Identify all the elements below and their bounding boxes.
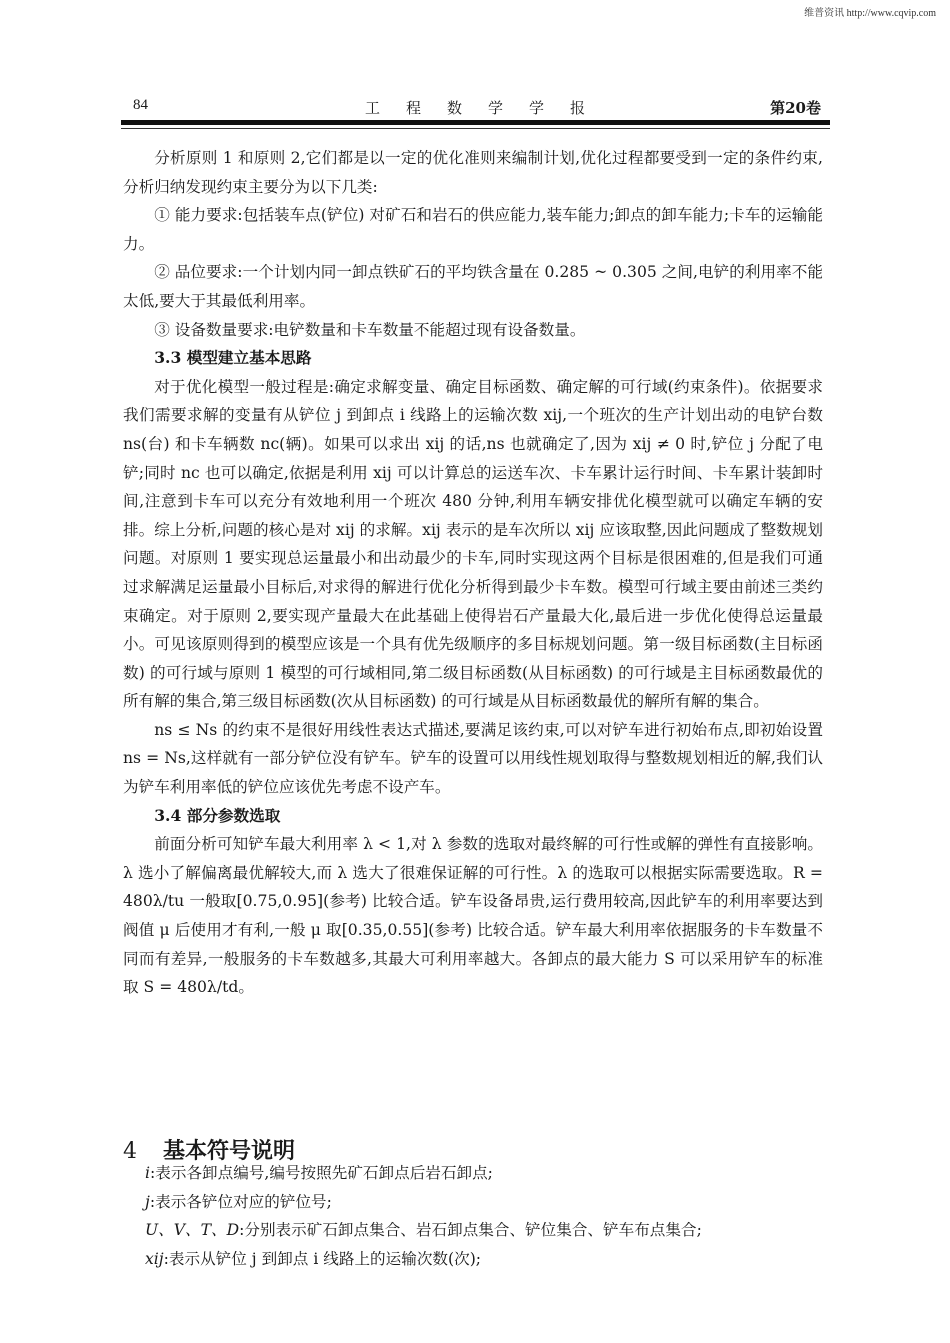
symbol-desc: :分别表示矿石卸点集合、岩石卸点集合、铲位集合、铲车布点集合; bbox=[239, 1221, 702, 1239]
symbol-desc: :表示从铲位 j 到卸点 i 线路上的运输次数(次); bbox=[164, 1250, 481, 1268]
constraint-item: ① 能力要求:包括装车点(铲位) 对矿石和岩石的供应能力,装车能力;卸点的卸车能… bbox=[123, 201, 823, 258]
watermark: 维普资讯 http://www.cqvip.com bbox=[804, 4, 936, 19]
symbol-item: i:表示各卸点编号,编号按照先矿石卸点后岩石卸点; bbox=[145, 1159, 825, 1188]
paragraph: 对于优化模型一般过程是:确定求解变量、确定目标函数、确定解的可行域(约束条件)。… bbox=[123, 373, 823, 716]
section-number: 4 bbox=[123, 1139, 137, 1164]
constraint-item: ③ 设备数量要求:电铲数量和卡车数量不能超过现有设备数量。 bbox=[123, 316, 823, 345]
running-head: 84 工程数学学报 第20卷 bbox=[121, 97, 829, 119]
subsection-heading-3-3: 3.3 模型建立基本思路 bbox=[123, 344, 823, 373]
subsection-heading-3-4: 3.4 部分参数选取 bbox=[123, 802, 823, 831]
header-rule-thick bbox=[121, 120, 830, 125]
header-rule-thin bbox=[121, 128, 830, 129]
symbol-item: j:表示各铲位对应的铲位号; bbox=[145, 1188, 825, 1217]
symbol-item: U、V、T、D:分别表示矿石卸点集合、岩石卸点集合、铲位集合、铲车布点集合; bbox=[145, 1216, 825, 1245]
paragraph: 前面分析可知铲车最大利用率 λ < 1,对 λ 参数的选取对最终解的可行性或解的… bbox=[123, 830, 823, 1002]
body-text: 分析原则 1 和原则 2,它们都是以一定的优化准则来编制计划,优化过程都要受到一… bbox=[123, 144, 823, 1002]
paragraph: 分析原则 1 和原则 2,它们都是以一定的优化准则来编制计划,优化过程都要受到一… bbox=[123, 144, 823, 201]
symbol-item: xij:表示从铲位 j 到卸点 i 线路上的运输次数(次); bbox=[145, 1245, 825, 1274]
volume-label: 第20卷 bbox=[770, 97, 821, 118]
symbol-desc: :表示各卸点编号,编号按照先矿石卸点后岩石卸点; bbox=[150, 1164, 493, 1182]
constraint-item: ② 品位要求:一个计划内同一卸点铁矿石的平均铁含量在 0.285 ~ 0.305… bbox=[123, 258, 823, 315]
symbol: U、V、T、D bbox=[145, 1221, 239, 1239]
symbol: xij bbox=[145, 1250, 164, 1268]
symbol-desc: :表示各铲位对应的铲位号; bbox=[150, 1193, 332, 1211]
paragraph: ns ≤ Ns 的约束不是很好用线性表达式描述,要满足该约束,可以对铲车进行初始… bbox=[123, 716, 823, 802]
symbol-list: i:表示各卸点编号,编号按照先矿石卸点后岩石卸点; j:表示各铲位对应的铲位号;… bbox=[145, 1159, 825, 1273]
journal-title: 工程数学学报 bbox=[121, 97, 829, 118]
